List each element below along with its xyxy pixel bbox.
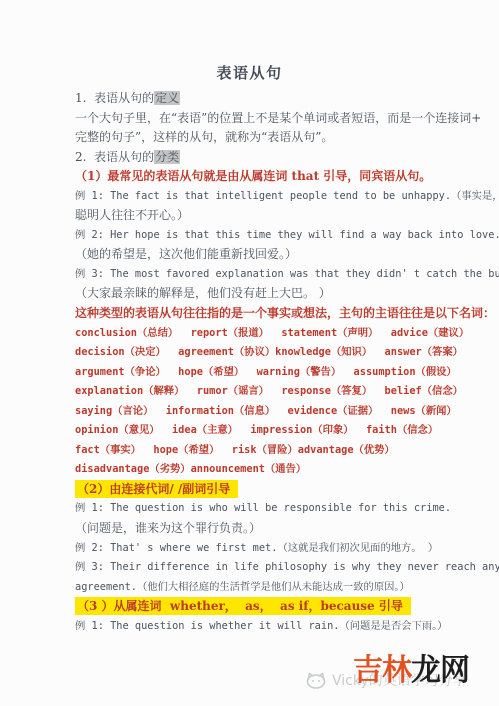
noun-list-line: decision（决定） agreement（协议）knowledge（知识） … bbox=[75, 343, 489, 363]
classification-item-prefix: 2. 表语从句的 bbox=[75, 150, 154, 164]
cat-face-icon bbox=[304, 671, 328, 689]
example-line: （她的希望是，这次他们能重新找回爱。） bbox=[75, 245, 489, 265]
noun-list-line: disadvantage（劣势）announcement（通告） bbox=[75, 460, 489, 480]
noun-list-line: argument（争论） hope（希望） warning（警告） assump… bbox=[75, 363, 489, 383]
noun-list-line: fact（事实） hope（希望） risk（冒险）advantage（优势） bbox=[75, 441, 489, 461]
section-2-heading-row: （2）由连接代词/ /副词引导 bbox=[75, 480, 489, 500]
definition-paragraph-line-1: 一个大句子里，在“表语”的位置上不是某个单词或者短语，而是一个连接词+ bbox=[75, 109, 489, 129]
example-line: 例 1: The question is whether it will rai… bbox=[75, 617, 489, 637]
classification-highlight: 分类 bbox=[154, 150, 180, 164]
example-line: 例 2: Her hope is that this time they wil… bbox=[75, 226, 489, 246]
example-line: 例 2: That' s where we first met.（这就是我们初次… bbox=[75, 539, 489, 559]
noun-list-line: saying（言论） information（信息） evidence（证据） … bbox=[75, 402, 489, 422]
example-line: 例 1: The question is who will be respons… bbox=[75, 499, 489, 519]
noun-list-line: explanation（解释） rumor（谣言） response（答复） b… bbox=[75, 382, 489, 402]
section-2-heading: （2）由连接代词/ /副词引导 bbox=[75, 480, 238, 498]
example-line: 聪明人往往不开心。） bbox=[75, 206, 489, 226]
watermark-brand: 吉林龙网 bbox=[353, 645, 469, 689]
document-body: 1. 表语从句的定义 一个大句子里，在“表语”的位置上不是某个单词或者短语，而是… bbox=[75, 89, 489, 636]
definition-item: 1. 表语从句的定义 bbox=[75, 89, 489, 109]
noun-list-note: 这种类型的表语从句往往指的是一个事实或想法，主句的主语往往是以下名词： bbox=[75, 304, 489, 324]
example-line: 例 1: The fact is that intelligent people… bbox=[75, 187, 489, 207]
example-line: agreement.（他们大相径庭的生活哲学是他们从未能达成一致的原因。） bbox=[75, 578, 489, 598]
noun-list-line: conclusion（总结） report（报道） statement（声明） … bbox=[75, 324, 489, 344]
definition-highlight: 定义 bbox=[154, 91, 180, 105]
watermark-brand-left: 吉林 bbox=[353, 653, 411, 688]
section-3-heading-row: （3 ）从属连词 whether， as， as if，because 引导 bbox=[75, 597, 489, 617]
section-3-heading: （3 ）从属连词 whether， as， as if，because 引导 bbox=[75, 597, 411, 615]
classification-item: 2. 表语从句的分类 bbox=[75, 148, 489, 168]
example-line: （问题是，谁来为这个罪行负责。） bbox=[75, 519, 489, 539]
definition-paragraph-line-2: 完整的句子”，这样的从句，就称为“表语从句”。 bbox=[75, 128, 489, 148]
section-1-heading: （1）最常见的表语从句就是由从属连词 that 引导，同宾语从句。 bbox=[75, 167, 489, 187]
definition-item-prefix: 1. 表语从句的 bbox=[75, 91, 154, 105]
noun-list-line: opinion（意见） idea（主意） impression（印象） fait… bbox=[75, 421, 489, 441]
document-page: 表语从句 1. 表语从句的定义 一个大句子里，在“表语”的位置上不是某个单词或者… bbox=[0, 0, 499, 706]
example-line: 例 3: The most favored explanation was th… bbox=[75, 265, 489, 285]
example-line: 例 3: Their difference in life philosophy… bbox=[75, 558, 489, 578]
page-title: 表语从句 bbox=[0, 62, 499, 83]
watermark-brand-right: 龙网 bbox=[411, 653, 469, 688]
example-line: （大家最亲睐的解释是，他们没有赶上大巴。 ） bbox=[75, 284, 489, 304]
